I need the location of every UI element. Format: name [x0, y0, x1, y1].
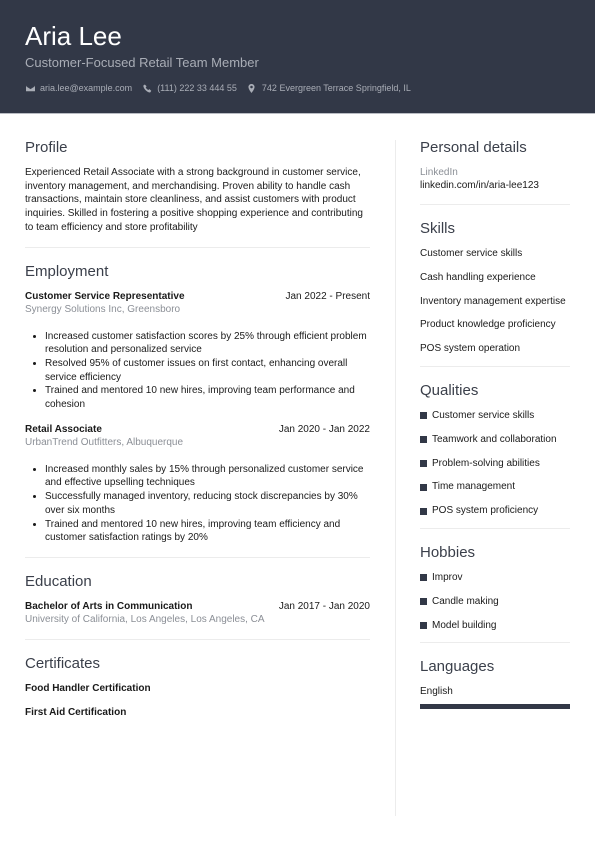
job-role: Customer Service Representative: [25, 290, 185, 303]
skill-item: Inventory management expertise: [420, 295, 570, 309]
job-dates: Jan 2020 - Jan 2022: [279, 423, 370, 436]
language-level-bar: [420, 704, 570, 709]
skill-item: Product knowledge proficiency: [420, 318, 570, 332]
section-divider: [25, 557, 370, 558]
qualities-section: Qualities Customer service skills Teamwo…: [420, 381, 570, 518]
job-company: Synergy Solutions Inc, Greensboro: [25, 303, 370, 317]
profile-summary: Experienced Retail Associate with a stro…: [25, 166, 370, 235]
contact-email[interactable]: aria.lee@example.com: [25, 82, 132, 94]
section-divider: [420, 528, 570, 529]
achievement-item: Increased customer satisfaction scores b…: [45, 330, 370, 357]
linkedin-label: LinkedIn: [420, 166, 570, 179]
section-divider: [420, 642, 570, 643]
qualities-heading: Qualities: [420, 381, 570, 401]
section-divider: [420, 366, 570, 367]
education-section: Education Bachelor of Arts in Communicat…: [25, 572, 370, 627]
contact-address: 742 Evergreen Terrace Springfield, IL: [247, 82, 411, 94]
job-company: UrbanTrend Outfitters, Albuquerque: [25, 436, 370, 450]
education-dates: Jan 2017 - Jan 2020: [279, 600, 370, 613]
square-bullet-icon: [420, 436, 427, 443]
quality-item: POS system proficiency: [420, 504, 570, 518]
languages-section: Languages English: [420, 657, 570, 709]
square-bullet-icon: [420, 484, 427, 491]
language-name: English: [420, 685, 570, 698]
skills-section: Skills Customer service skills Cash hand…: [420, 219, 570, 356]
certificates-heading: Certificates: [25, 654, 370, 674]
section-divider: [25, 639, 370, 640]
phone-text: (111) 222 33 444 55: [157, 82, 237, 94]
profile-section: Profile Experienced Retail Associate wit…: [25, 138, 370, 235]
language-level-fill: [420, 704, 570, 709]
achievement-item: Trained and mentored 10 new hires, impro…: [45, 518, 370, 545]
degree-name: Bachelor of Arts in Communication: [25, 600, 192, 613]
square-bullet-icon: [420, 574, 427, 581]
certificate-item: First Aid Certification: [25, 706, 370, 720]
education-heading: Education: [25, 572, 370, 592]
job-dates: Jan 2022 - Present: [286, 290, 371, 303]
job-entry: Retail Associate Jan 2020 - Jan 2022 Urb…: [25, 423, 370, 545]
skill-item: Cash handling experience: [420, 271, 570, 285]
job-achievements: Increased customer satisfaction scores b…: [45, 330, 370, 412]
square-bullet-icon: [420, 508, 427, 515]
quality-item: Customer service skills: [420, 409, 570, 423]
resume-header: Aria Lee Customer-Focused Retail Team Me…: [0, 0, 595, 114]
square-bullet-icon: [420, 598, 427, 605]
column-divider: [395, 140, 396, 816]
contact-phone[interactable]: (111) 222 33 444 55: [142, 82, 237, 94]
personal-details-heading: Personal details: [420, 138, 570, 158]
profile-heading: Profile: [25, 138, 370, 158]
contact-row: aria.lee@example.com (111) 222 33 444 55…: [25, 82, 421, 94]
skills-heading: Skills: [420, 219, 570, 239]
sidebar-column: Personal details LinkedIn linkedin.com/i…: [420, 138, 570, 709]
personal-details-section: Personal details LinkedIn linkedin.com/i…: [420, 138, 570, 192]
section-divider: [25, 247, 370, 248]
hobby-item: Model building: [420, 619, 570, 633]
achievement-item: Successfully managed inventory, reducing…: [45, 490, 370, 517]
job-achievements: Increased monthly sales by 15% through p…: [45, 463, 370, 545]
linkedin-link[interactable]: linkedin.com/in/aria-lee123: [420, 179, 570, 192]
certificate-item: Food Handler Certification: [25, 682, 370, 696]
candidate-title: Customer-Focused Retail Team Member: [25, 55, 259, 71]
skill-item: POS system operation: [420, 342, 570, 356]
candidate-name: Aria Lee: [25, 20, 122, 52]
quality-item: Problem-solving abilities: [420, 457, 570, 471]
quality-item: Time management: [420, 480, 570, 494]
employment-section: Employment Customer Service Representati…: [25, 262, 370, 545]
square-bullet-icon: [420, 622, 427, 629]
achievement-item: Increased monthly sales by 15% through p…: [45, 463, 370, 490]
employment-heading: Employment: [25, 262, 370, 282]
email-text: aria.lee@example.com: [40, 82, 132, 94]
section-divider: [420, 204, 570, 205]
hobbies-section: Hobbies Improv Candle making Model build…: [420, 543, 570, 633]
achievement-item: Resolved 95% of customer issues on first…: [45, 357, 370, 384]
hobby-item: Candle making: [420, 595, 570, 609]
school-name: University of California, Los Angeles, L…: [25, 613, 370, 627]
address-text: 742 Evergreen Terrace Springfield, IL: [262, 82, 411, 94]
main-column: Profile Experienced Retail Associate wit…: [25, 138, 370, 730]
job-entry: Customer Service Representative Jan 2022…: [25, 290, 370, 412]
skill-item: Customer service skills: [420, 247, 570, 261]
achievement-item: Trained and mentored 10 new hires, impro…: [45, 384, 370, 411]
square-bullet-icon: [420, 460, 427, 467]
languages-heading: Languages: [420, 657, 570, 677]
hobby-item: Improv: [420, 571, 570, 585]
certificates-section: Certificates Food Handler Certification …: [25, 654, 370, 720]
map-pin-icon: [247, 83, 257, 93]
hobbies-heading: Hobbies: [420, 543, 570, 563]
quality-item: Teamwork and collaboration: [420, 433, 570, 447]
square-bullet-icon: [420, 412, 427, 419]
phone-icon: [142, 83, 152, 93]
envelope-icon: [25, 83, 35, 93]
job-role: Retail Associate: [25, 423, 102, 436]
